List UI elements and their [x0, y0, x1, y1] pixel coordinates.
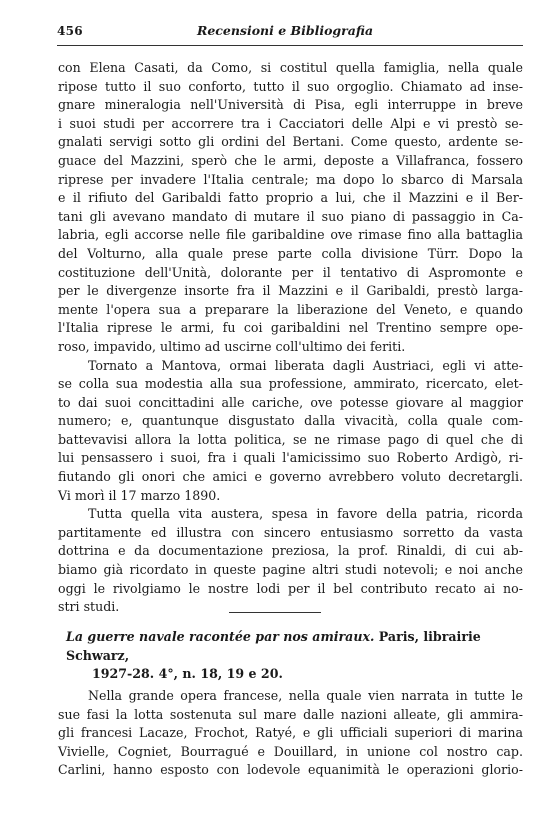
text-line: sue fasi la lotta sostenuta sul mare dal… — [58, 706, 523, 725]
text-line: fiutando gli onori che amici e governo a… — [58, 468, 523, 487]
paragraph-biography: con Elena Casati, da Como, si costitul q… — [58, 59, 523, 617]
text-line: per le divergenze insorte fra il Mazzini… — [58, 282, 523, 301]
text-line: partitamente ed illustra con sincero ent… — [58, 524, 523, 543]
text-line: del Volturno, alla quale prese parte col… — [58, 245, 523, 264]
text-line: i suoi studi per accorrere tra i Cacciat… — [58, 115, 523, 134]
text-line: numero; e, quantunque disgustato dalla v… — [58, 412, 523, 431]
text-line: con Elena Casati, da Como, si costitul q… — [58, 59, 523, 78]
publication-details: 1927-28. 4°, n. 18, 19 e 20. — [66, 665, 526, 684]
text-line: tani gli avevano mandato di mutare il su… — [58, 208, 523, 227]
text-line: gnalati servigi sotto gli ordini del Ber… — [58, 133, 523, 152]
text-line: riprese per invadere l'Italia centrale; … — [58, 171, 523, 190]
text-line: Carlini, hanno esposto con lodevole equa… — [58, 761, 523, 780]
section-separator — [229, 612, 321, 613]
text-line: costituzione dell'Unità, dolorante per i… — [58, 264, 523, 283]
text-line: gli francesi Lacaze, Frochot, Ratyé, e g… — [58, 724, 523, 743]
text-line: battevavisi allora la lotta politica, se… — [58, 431, 523, 450]
text-line: biamo già ricordato in queste pagine alt… — [58, 561, 523, 580]
text-line: stri studi. — [58, 598, 523, 617]
text-line: Vi morì il 17 marzo 1890. — [58, 487, 523, 506]
text-line: labria, egli accorse nelle file garibald… — [58, 226, 523, 245]
book-title: La guerre navale racontée par nos amirau… — [66, 629, 374, 644]
text-line: to dai suoi concittadini alle cariche, o… — [58, 394, 523, 413]
text-line: gnare mineralogia nell'Università di Pis… — [58, 96, 523, 115]
text-line: Nella grande opera francese, nella quale… — [58, 687, 523, 706]
text-line: l'Italia riprese le armi, fu coi garibal… — [58, 319, 523, 338]
text-line: se colla sua modestia alla sua professio… — [58, 375, 523, 394]
bibliography-entry: La guerre navale racontée par nos amirau… — [66, 628, 526, 684]
text-line: ripose tutto il suo conforto, tutto il s… — [58, 78, 523, 97]
text-line: mente l'opera sua a preparare la liberaz… — [58, 301, 523, 320]
header-rule — [57, 45, 523, 46]
text-line: oggi le rivolgiamo le nostre lodi per il… — [58, 580, 523, 599]
text-line: e il rifiuto del Garibaldi fatto proprio… — [58, 189, 523, 208]
text-line: roso, impavido, ultimo ad uscirne coll'u… — [58, 338, 523, 357]
text-line: Vivielle, Cogniet, Bourragué e Douillard… — [58, 743, 523, 762]
paragraph-review: Nella grande opera francese, nella quale… — [58, 687, 523, 780]
text-line: Tutta quella vita austera, spesa in favo… — [58, 505, 523, 524]
running-title: Recensioni e Bibliografia — [0, 23, 550, 38]
text-line: dottrina e da documentazione preziosa, l… — [58, 542, 523, 561]
text-line: guace del Mazzini, sperò che le armi, de… — [58, 152, 523, 171]
text-line: lui pensassero i suoi, fra i quali l'ami… — [58, 449, 523, 468]
text-line: Tornato a Mantova, ormai liberata dagli … — [58, 357, 523, 376]
